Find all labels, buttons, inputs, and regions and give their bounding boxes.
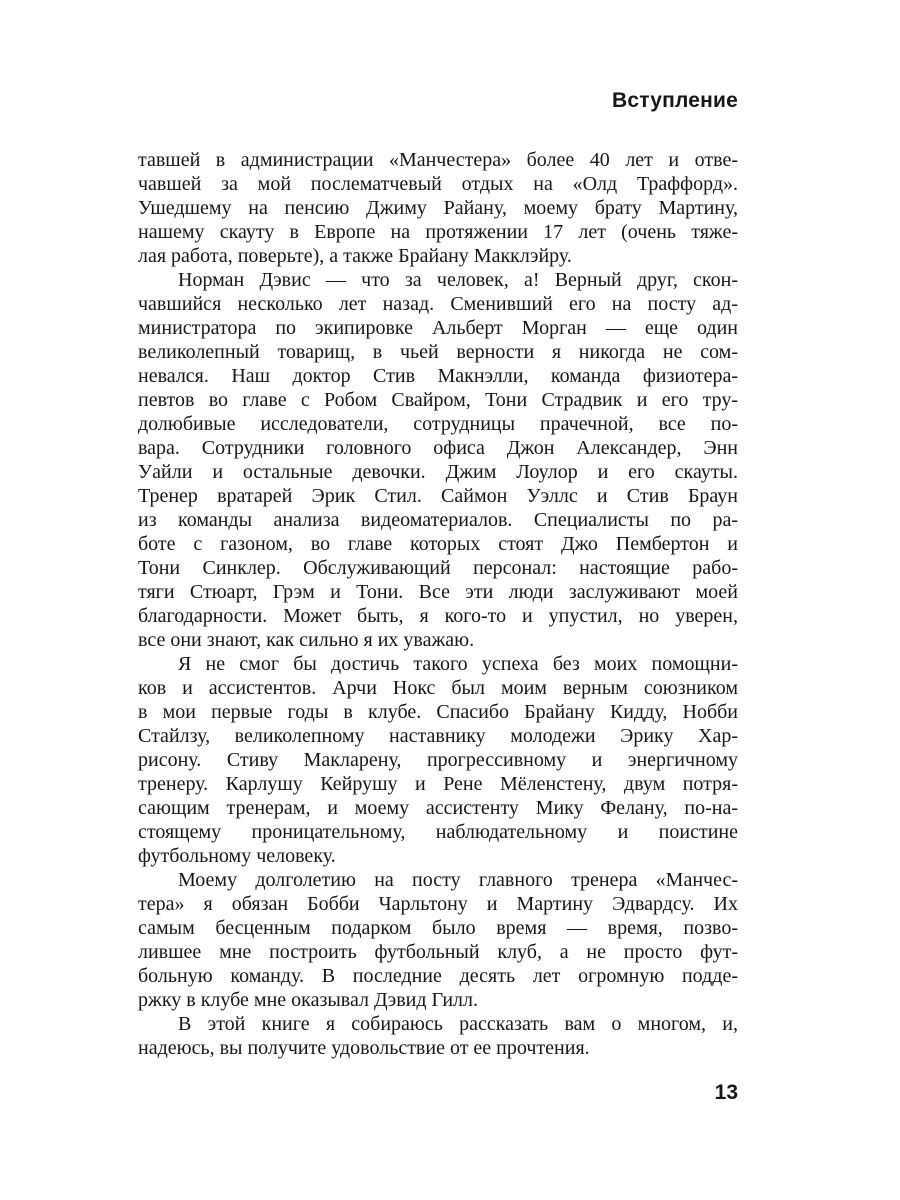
- text-line: чавшийся несколько лет назад. Сменивший …: [138, 292, 738, 316]
- book-page: Вступление тавшей в администрации «Манче…: [0, 0, 900, 1200]
- running-header: Вступление: [138, 90, 738, 112]
- text-line: лившее мне построить футбольный клуб, а …: [138, 940, 738, 964]
- text-line: боте с газоном, во главе которых стоят Д…: [138, 532, 738, 556]
- text-line: певтов во главе с Робом Свайром, Тони Ст…: [138, 388, 738, 412]
- text-line: надеюсь, вы получите удовольствие от ее …: [138, 1036, 738, 1060]
- text-line: Я не смог бы достичь такого успеха без м…: [138, 652, 738, 676]
- text-line: тяги Стюарт, Грэм и Тони. Все эти люди з…: [138, 580, 738, 604]
- text-line: долюбивые исследователи, сотрудницы прач…: [138, 412, 738, 436]
- paragraph: Я не смог бы достичь такого успеха без м…: [138, 652, 738, 868]
- text-line: невался. Наш доктор Стив Макнэлли, коман…: [138, 364, 738, 388]
- text-line: нашему скауту в Европе на протяжении 17 …: [138, 220, 738, 244]
- text-line: Моему долголетию на посту главного трене…: [138, 868, 738, 892]
- text-line: великолепный товарищ, в чьей верности я …: [138, 340, 738, 364]
- paragraph: Норман Дэвис — что за человек, а! Верный…: [138, 268, 738, 652]
- text-line: Уайли и остальные девочки. Джим Лоулор и…: [138, 460, 738, 484]
- text-line: Тони Синклер. Обслуживающий персонал: на…: [138, 556, 738, 580]
- text-line: Норман Дэвис — что за человек, а! Верный…: [138, 268, 738, 292]
- text-line: больную команду. В последние десять лет …: [138, 964, 738, 988]
- text-line: из команды анализа видеоматериалов. Спец…: [138, 508, 738, 532]
- text-line: министратора по экипировке Альберт Морга…: [138, 316, 738, 340]
- text-line: тера» я обязан Бобби Чарльтону и Мартину…: [138, 892, 738, 916]
- text-line: Тренер вратарей Эрик Стил. Саймон Уэллс …: [138, 484, 738, 508]
- text-line: Стайлзу, великолепному наставнику молоде…: [138, 724, 738, 748]
- text-line: тренеру. Карлушу Кейрушу и Рене Мёленсте…: [138, 772, 738, 796]
- text-line: Ушедшему на пенсию Джиму Райану, моему б…: [138, 196, 738, 220]
- paragraph: В этой книге я собираюсь рассказать вам …: [138, 1012, 738, 1060]
- text-line: вара. Сотрудники головного офиса Джон Ал…: [138, 436, 738, 460]
- text-line: стоящему проницательному, наблюдательном…: [138, 820, 738, 844]
- paragraph: Моему долголетию на посту главного трене…: [138, 868, 738, 1012]
- text-line: лая работа, поверьте), а также Брайану М…: [138, 244, 738, 268]
- text-line: ков и ассистентов. Арчи Нокс был моим ве…: [138, 676, 738, 700]
- text-line: ржку в клубе мне оказывал Дэвид Гилл.: [138, 988, 738, 1012]
- text-line: самым бесценным подарком было время — вр…: [138, 916, 738, 940]
- paragraph: тавшей в администрации «Манчестера» боле…: [138, 148, 738, 268]
- text-line: в мои первые годы в клубе. Спасибо Брайа…: [138, 700, 738, 724]
- text-line: тавшей в администрации «Манчестера» боле…: [138, 148, 738, 172]
- text-line: благодарности. Может быть, я кого-то и у…: [138, 604, 738, 628]
- text-line: футбольному человеку.: [138, 844, 738, 868]
- body-text: тавшей в администрации «Манчестера» боле…: [138, 148, 738, 1060]
- text-line: все они знают, как сильно я их уважаю.: [138, 628, 738, 652]
- page-number: 13: [138, 1082, 738, 1104]
- text-line: В этой книге я собираюсь рассказать вам …: [138, 1012, 738, 1036]
- text-line: сающим тренерам, и моему ассистенту Мику…: [138, 796, 738, 820]
- text-line: чавшей за мой послематчевый отдых на «Ол…: [138, 172, 738, 196]
- text-line: рисону. Стиву Макларену, прогрессивному …: [138, 748, 738, 772]
